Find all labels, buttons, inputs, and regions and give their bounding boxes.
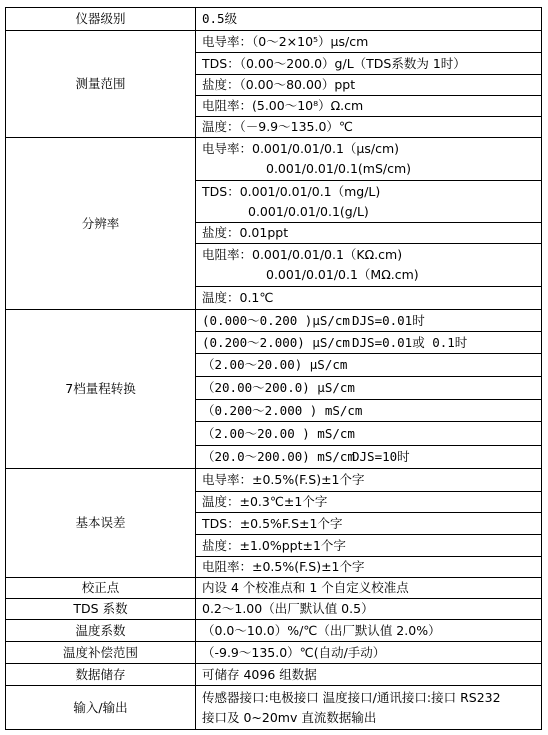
row-error: 基本误差 电导率：±0.5%(F.S)±1个字 — [6, 469, 542, 492]
label-io: 输入/输出 — [6, 686, 196, 730]
io-line2: 接口及 0~20mv 直流数据输出 — [202, 708, 535, 728]
resolution-tds-line1: TDS：0.001/0.01/0.1（mg/L) — [202, 182, 535, 202]
resolution-temperature: 温度：0.1℃ — [196, 287, 542, 310]
range-resistivity: 电阻率：(5.00～10⁸）Ω.cm — [196, 96, 542, 117]
error-tds: TDS：±0.5%F.S±1个字 — [196, 513, 542, 535]
range-step-7: （20.0～200.00) mS/cmDJS=10时 — [196, 446, 542, 469]
value-temp-coef: （0.0～10.0）%/℃（出厂默认值 2.0%） — [196, 620, 542, 642]
resolution-salinity: 盐度：0.01ppt — [196, 223, 542, 244]
row-io: 输入/输出 传感器接口:电极接口 温度接口/通讯接口:接口 RS232 接口及 … — [6, 686, 542, 730]
value-grade: 0.5级 — [196, 8, 542, 31]
row-resolution: 分辨率 电导率：0.001/0.01/0.1（μs/cm) 0.001/0.01… — [6, 138, 542, 181]
spec-table: 仪器级别 0.5级 测量范围 电导率：（0～2×10⁵）μs/cm TDS：（0… — [5, 7, 542, 730]
range-salinity: 盐度：（0.00～80.00）ppt — [196, 75, 542, 96]
range-temperature: 温度：（－9.9～135.0）℃ — [196, 117, 542, 138]
resolution-resistivity-line1: 电阻率：0.001/0.01/0.1（KΩ.cm) — [202, 245, 535, 265]
value-storage: 可储存 4096 组数据 — [196, 664, 542, 686]
range-step-1: (0.000～0.200 )μS/cmDJS=0.01时 — [196, 310, 542, 332]
resolution-resistivity: 电阻率：0.001/0.01/0.1（KΩ.cm) 0.001/0.01/0.1… — [196, 244, 542, 287]
label-resolution: 分辨率 — [6, 138, 196, 310]
io-line1: 传感器接口:电极接口 温度接口/通讯接口:接口 RS232 — [202, 688, 535, 708]
row-range: 测量范围 电导率：（0～2×10⁵）μs/cm — [6, 31, 542, 53]
label-storage: 数据储存 — [6, 664, 196, 686]
resolution-conductivity-line2: 0.001/0.01/0.1(mS/cm) — [202, 159, 535, 179]
resolution-tds-line2: 0.001/0.01/0.1(g/L) — [202, 202, 535, 222]
error-conductivity: 电导率：±0.5%(F.S)±1个字 — [196, 469, 542, 492]
error-salinity: 盐度：±1.0%ppt±1个字 — [196, 535, 542, 557]
range-conductivity: 电导率：（0～2×10⁵）μs/cm — [196, 31, 542, 53]
value-temp-comp: （-9.9～135.0）℃(自动/手动） — [196, 642, 542, 664]
row-temp-comp: 温度补偿范围 （-9.9～135.0）℃(自动/手动） — [6, 642, 542, 664]
resolution-resistivity-line2: 0.001/0.01/0.1（MΩ.cm) — [202, 265, 535, 285]
label-calibration: 校正点 — [6, 578, 196, 599]
value-calibration: 内设 4 个校准点和 1 个自定义校准点 — [196, 578, 542, 599]
row-calibration: 校正点 内设 4 个校准点和 1 个自定义校准点 — [6, 578, 542, 599]
resolution-conductivity: 电导率：0.001/0.01/0.1（μs/cm) 0.001/0.01/0.1… — [196, 138, 542, 181]
label-grade: 仪器级别 — [6, 8, 196, 31]
value-io: 传感器接口:电极接口 温度接口/通讯接口:接口 RS232 接口及 0~20mv… — [196, 686, 542, 730]
row-storage: 数据储存 可储存 4096 组数据 — [6, 664, 542, 686]
resolution-tds: TDS：0.001/0.01/0.1（mg/L) 0.001/0.01/0.1(… — [196, 181, 542, 223]
error-temperature: 温度：±0.3℃±1个字 — [196, 492, 542, 513]
label-tds-coef: TDS 系数 — [6, 599, 196, 620]
label-ranges7: 7档量程转换 — [6, 310, 196, 469]
label-range: 测量范围 — [6, 31, 196, 138]
error-resistivity: 电阻率：±0.5%(F.S)±1个字 — [196, 557, 542, 578]
row-ranges7: 7档量程转换 (0.000～0.200 )μS/cmDJS=0.01时 — [6, 310, 542, 332]
row-tds-coef: TDS 系数 0.2～1.00（出厂默认值 0.5） — [6, 599, 542, 620]
label-temp-comp: 温度补偿范围 — [6, 642, 196, 664]
label-error: 基本误差 — [6, 469, 196, 578]
row-temp-coef: 温度系数 （0.0～10.0）%/℃（出厂默认值 2.0%） — [6, 620, 542, 642]
row-grade: 仪器级别 0.5级 — [6, 8, 542, 31]
label-temp-coef: 温度系数 — [6, 620, 196, 642]
range-tds: TDS：（0.00～200.0）g/L（TDS系数为 1时） — [196, 53, 542, 75]
range-step-3: （2.00～20.00) μS/cm — [196, 354, 542, 377]
resolution-conductivity-line1: 电导率：0.001/0.01/0.1（μs/cm) — [202, 139, 535, 159]
range-step-6: （2.00～20.00 ) mS/cm — [196, 422, 542, 446]
range-step-2: (0.200～2.000) μS/cmDJS=0.01或 0.1时 — [196, 332, 542, 354]
range-step-4: （20.00～200.0) μS/cm — [196, 377, 542, 400]
value-tds-coef: 0.2～1.00（出厂默认值 0.5） — [196, 599, 542, 620]
range-step-5: （0.200～2.000 ) mS/cm — [196, 400, 542, 422]
